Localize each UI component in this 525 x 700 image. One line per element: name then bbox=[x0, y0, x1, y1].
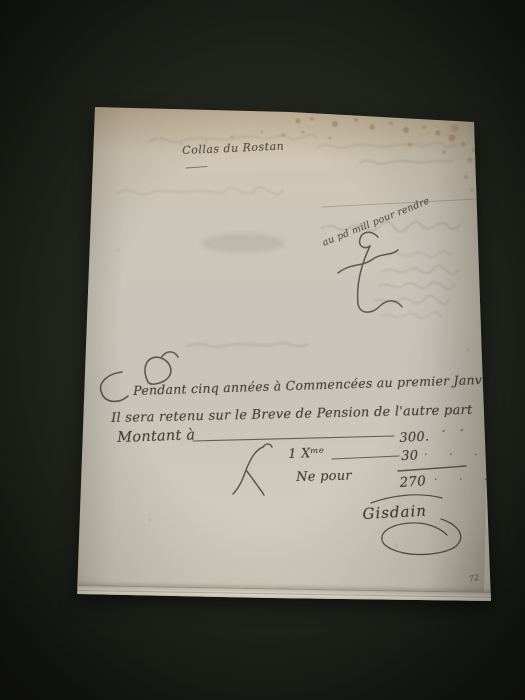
bleed-through-writing bbox=[117, 135, 460, 347]
paper-shadow: Collas du Rostan au pd mill pour rendre … bbox=[0, 0, 525, 700]
amount-rules bbox=[186, 167, 466, 472]
body-line-2: Il sera retenu sur le Breve de Pension d… bbox=[111, 403, 473, 426]
diagonal-annotation: au pd mill pour rendre bbox=[321, 195, 431, 248]
montant-marks: ″ ″ bbox=[442, 429, 470, 440]
ink-smudge bbox=[201, 234, 285, 252]
montant-value: 300. bbox=[399, 429, 430, 446]
montant-label: Montant à bbox=[117, 427, 196, 446]
paper-right-shading bbox=[426, 115, 494, 611]
photo-background: Collas du Rostan au pd mill pour rendre … bbox=[0, 0, 525, 700]
brace-flourish bbox=[233, 444, 272, 495]
paper-top-shading bbox=[86, 104, 479, 166]
manuscript-paper: Collas du Rostan au pd mill pour rendre … bbox=[0, 0, 525, 700]
net-marks: · · · bbox=[434, 473, 496, 486]
signature: Gisdain bbox=[362, 502, 427, 523]
dixieme-marks: · · · bbox=[424, 448, 486, 461]
dixieme-value: 30 bbox=[401, 448, 419, 464]
paraph-flourish bbox=[338, 232, 402, 312]
dixieme-label: 1 Xᵐᵉ bbox=[288, 446, 324, 462]
net-value: 270 bbox=[399, 473, 427, 491]
net-label: Ne pour bbox=[296, 469, 352, 485]
paper-left-shading bbox=[56, 100, 128, 606]
